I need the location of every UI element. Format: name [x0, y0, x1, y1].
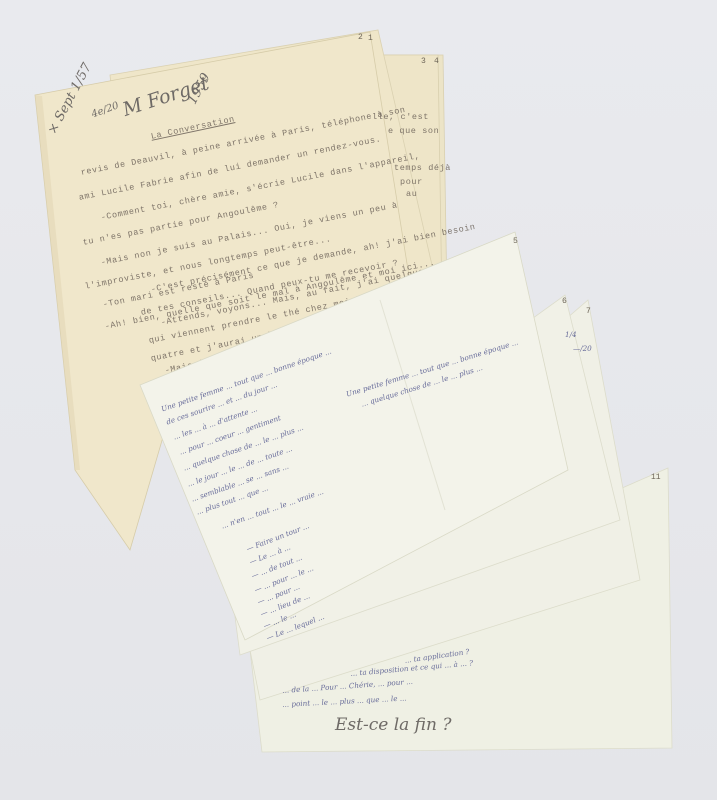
handwritten-sheets-stack — [0, 0, 717, 800]
